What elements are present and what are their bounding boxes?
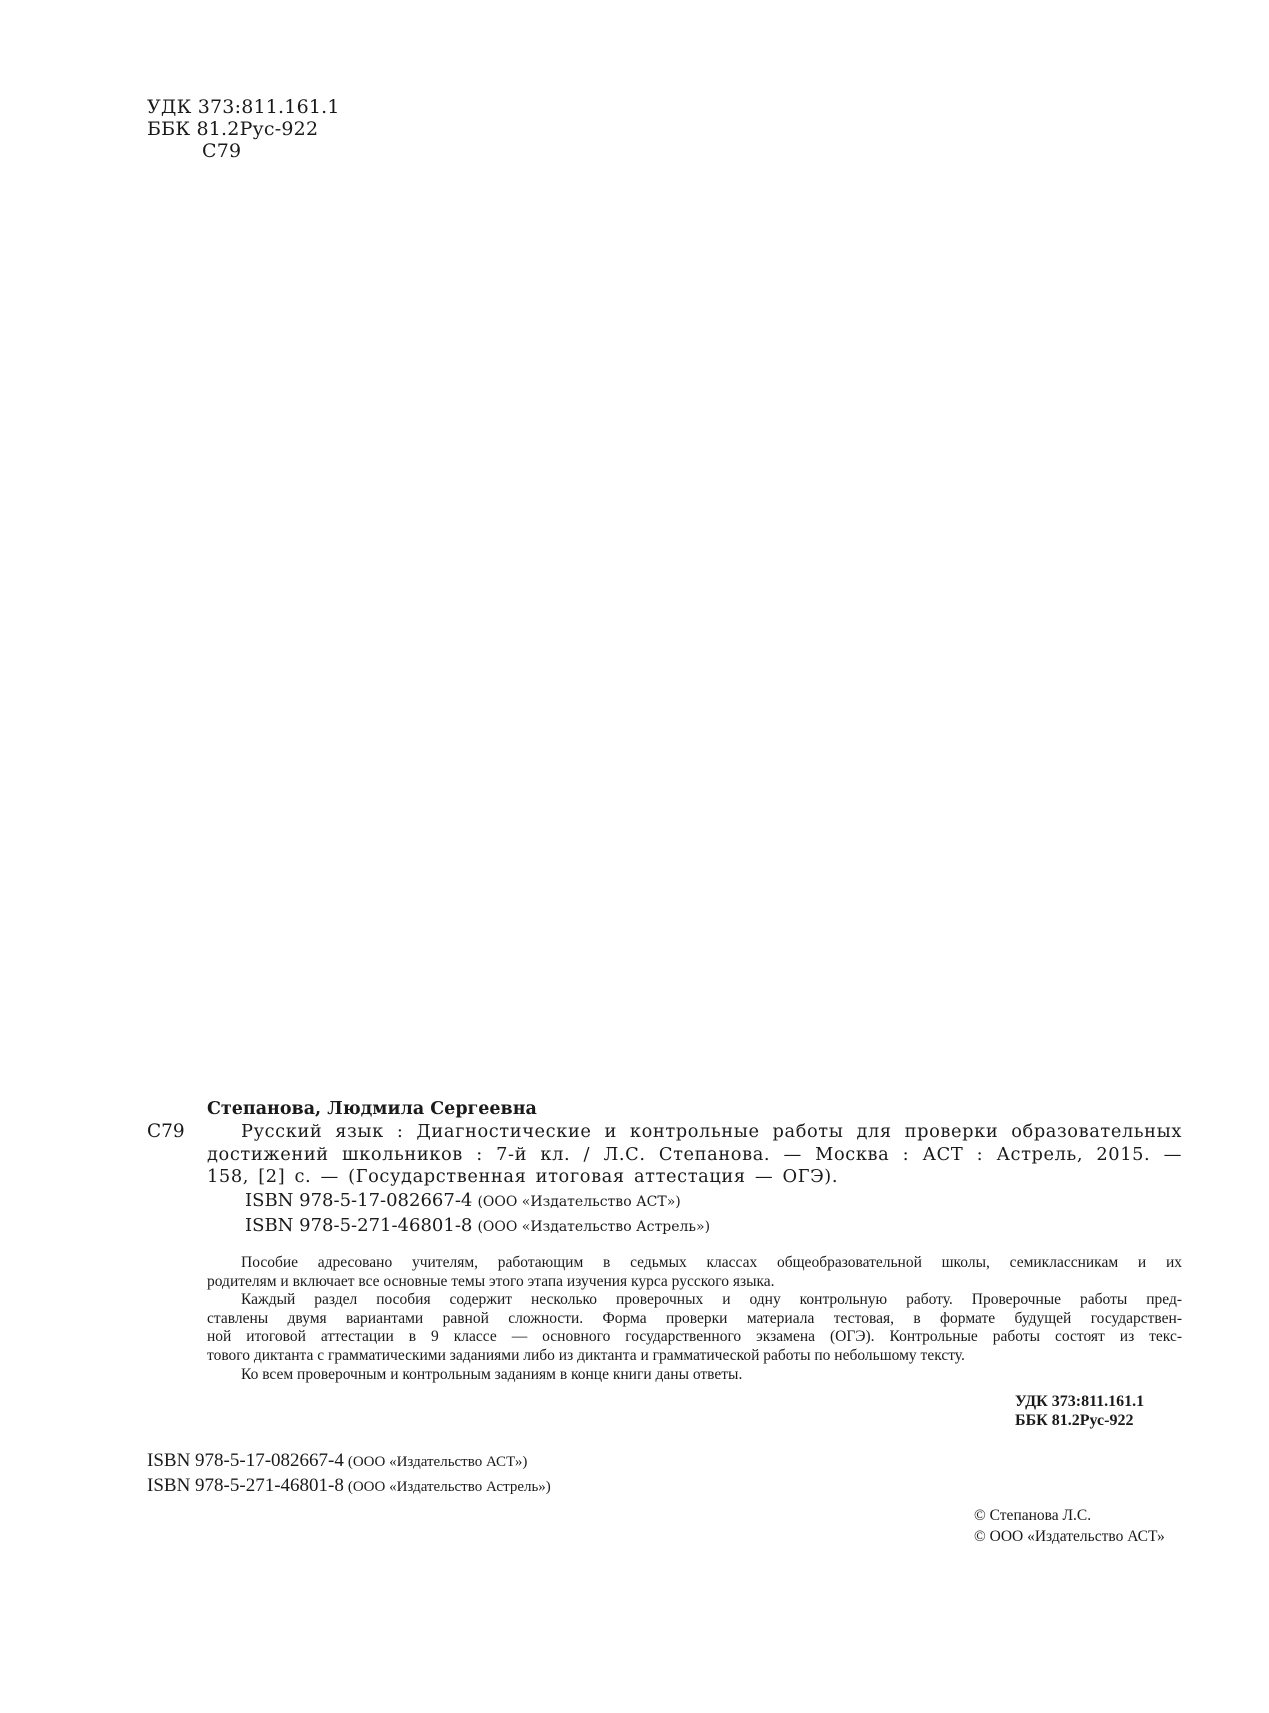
catalog-classification: УДК 373:811.161.1 ББК 81.2Рус-922	[1015, 1392, 1144, 1430]
isbn-list: ISBN 978-5-17-082667-4 (ООО «Издательств…	[147, 1449, 551, 1499]
catalog-isbn-list: ISBN 978-5-17-082667-4 (ООО «Издательств…	[245, 1189, 710, 1239]
author-mark: С79	[147, 140, 340, 162]
annotation-line: родителям и включает все основные темы э…	[207, 1273, 1182, 1292]
biblio-line: достижений школьников : 7-й кл. / Л.С. С…	[207, 1144, 1182, 1167]
isbn-publisher: (ООО «Издательство АСТ»)	[348, 1454, 527, 1470]
isbn-entry: ISBN 978-5-271-46801-8 (ООО «Издательств…	[245, 1214, 710, 1239]
isbn-publisher: (ООО «Издательство Астрель»)	[348, 1479, 551, 1495]
isbn-number: ISBN 978-5-17-082667-4	[147, 1450, 344, 1471]
udk-code: УДК 373:811.161.1	[147, 96, 340, 118]
isbn-number: ISBN 978-5-17-082667-4	[245, 1190, 472, 1211]
isbn-entry: ISBN 978-5-271-46801-8 (ООО «Издательств…	[147, 1474, 551, 1499]
copyright-publisher: © ООО «Издательство АСТ»	[974, 1526, 1165, 1547]
author-heading: Степанова, Людмила Сергеевна	[207, 1098, 537, 1120]
annotation-line: ставлены двумя вариантами равной сложнос…	[207, 1310, 1182, 1329]
annotation-line: Ко всем проверочным и контрольным задани…	[207, 1366, 1182, 1385]
isbn-entry: ISBN 978-5-17-082667-4 (ООО «Издательств…	[147, 1449, 551, 1474]
bibliographic-description: Русский язык : Диагностические и контрол…	[207, 1121, 1182, 1189]
biblio-line: Русский язык : Диагностические и контрол…	[207, 1121, 1182, 1144]
bbk-code: ББК 81.2Рус-922	[147, 118, 340, 140]
classification-block: УДК 373:811.161.1 ББК 81.2Рус-922 С79	[147, 96, 340, 162]
isbn-number: ISBN 978-5-271-46801-8	[245, 1215, 472, 1236]
isbn-number: ISBN 978-5-271-46801-8	[147, 1475, 344, 1496]
biblio-line: 158, [2] с. — (Государственная итоговая …	[207, 1166, 1182, 1189]
annotation-line: Каждый раздел пособия содержит несколько…	[207, 1291, 1182, 1310]
copyright-author: © Степанова Л.С.	[974, 1505, 1165, 1526]
udk-code: УДК 373:811.161.1	[1015, 1392, 1144, 1411]
annotation: Пособие адресовано учителям, работающим …	[207, 1254, 1182, 1384]
annotation-line: тового диктанта с грамматическими задани…	[207, 1347, 1182, 1366]
copyright-block: © Степанова Л.С. © ООО «Издательство АСТ…	[974, 1505, 1165, 1547]
annotation-line: Пособие адресовано учителям, работающим …	[207, 1254, 1182, 1273]
isbn-entry: ISBN 978-5-17-082667-4 (ООО «Издательств…	[245, 1189, 710, 1214]
isbn-publisher: (ООО «Издательство Астрель»)	[477, 1219, 710, 1235]
isbn-publisher: (ООО «Издательство АСТ»)	[477, 1194, 680, 1210]
call-number: С79	[147, 1121, 185, 1143]
bbk-code: ББК 81.2Рус-922	[1015, 1411, 1144, 1430]
annotation-line: ной итоговой аттестации в 9 классе — осн…	[207, 1328, 1182, 1347]
